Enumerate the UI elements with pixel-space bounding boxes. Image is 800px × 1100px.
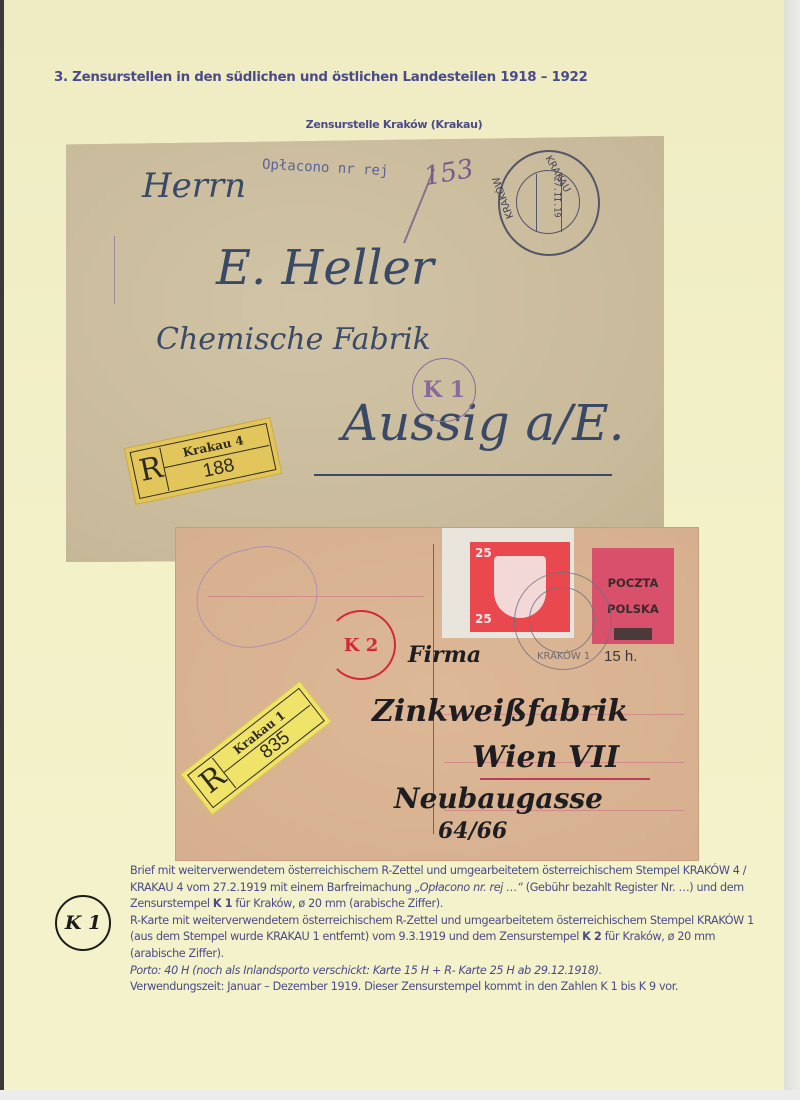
- obliteration-bar: [614, 628, 652, 640]
- registration-label-krakau-1: R Krakau 1 835: [180, 681, 332, 816]
- section-title: 3. Zensurstellen in den südlichen und ös…: [54, 70, 588, 85]
- description-porto: Porto: 40 H (noch als Inlandsporto versc…: [130, 963, 770, 980]
- scan-edge-bottom: [0, 1090, 800, 1100]
- postmark-krakau-4: KRAKAU KRAKÓW 27.II.19: [498, 150, 600, 256]
- city-underline: [314, 474, 612, 476]
- address-line-1: Firma: [408, 642, 481, 668]
- album-page: 3. Zensurstellen in den südlichen und ös…: [4, 0, 784, 1090]
- registration-label-krakau-4: R Krakau 4 188: [124, 417, 283, 505]
- censor-mark-k1: K 1: [412, 358, 476, 422]
- address-line-2: Zinkweißfabrik: [372, 694, 628, 729]
- postmark-krakow-1: KRAKÓW 1: [514, 572, 612, 670]
- page-subtitle: Zensurstelle Kraków (Krakau): [4, 118, 784, 131]
- surcharge-value: 15 h.: [604, 648, 637, 665]
- censor-mark-k2: K 2: [326, 610, 396, 680]
- description-usage: Verwendungszeit: Januar – Dezember 1919.…: [130, 979, 770, 996]
- description-cover: Brief mit weiterverwendetem österreichis…: [130, 863, 770, 913]
- scan-edge-right: [784, 0, 800, 1100]
- oval-firm-cachet: [186, 535, 328, 660]
- registered-cover: Opłacono nr rej 153 KRAKAU KRAKÓW 27.II.…: [66, 136, 664, 562]
- description-postcard: R-Karte mit weiterverwendetem österreich…: [130, 913, 770, 963]
- address-line-4: Neubaugasse: [394, 782, 603, 815]
- rate-handstamp: Opłacono nr rej: [262, 157, 389, 180]
- censor-mark-illustration: K 1: [55, 895, 111, 951]
- addressee: E. Heller: [216, 240, 434, 296]
- company-name: Chemische Fabrik: [156, 322, 431, 357]
- address-line-3: Wien VII: [472, 740, 619, 775]
- address-line-5: 64/66: [438, 818, 507, 844]
- description-text: Brief mit weiterverwendetem österreichis…: [130, 863, 770, 996]
- destination-city: Aussig a/E.: [342, 394, 625, 452]
- salutation: Herrn: [142, 166, 246, 206]
- registered-postcard: K 2 25 25 POCZTA POLSKA 15 h. KRAKÓW 1 F…: [176, 528, 698, 860]
- manuscript-stroke: [403, 169, 435, 244]
